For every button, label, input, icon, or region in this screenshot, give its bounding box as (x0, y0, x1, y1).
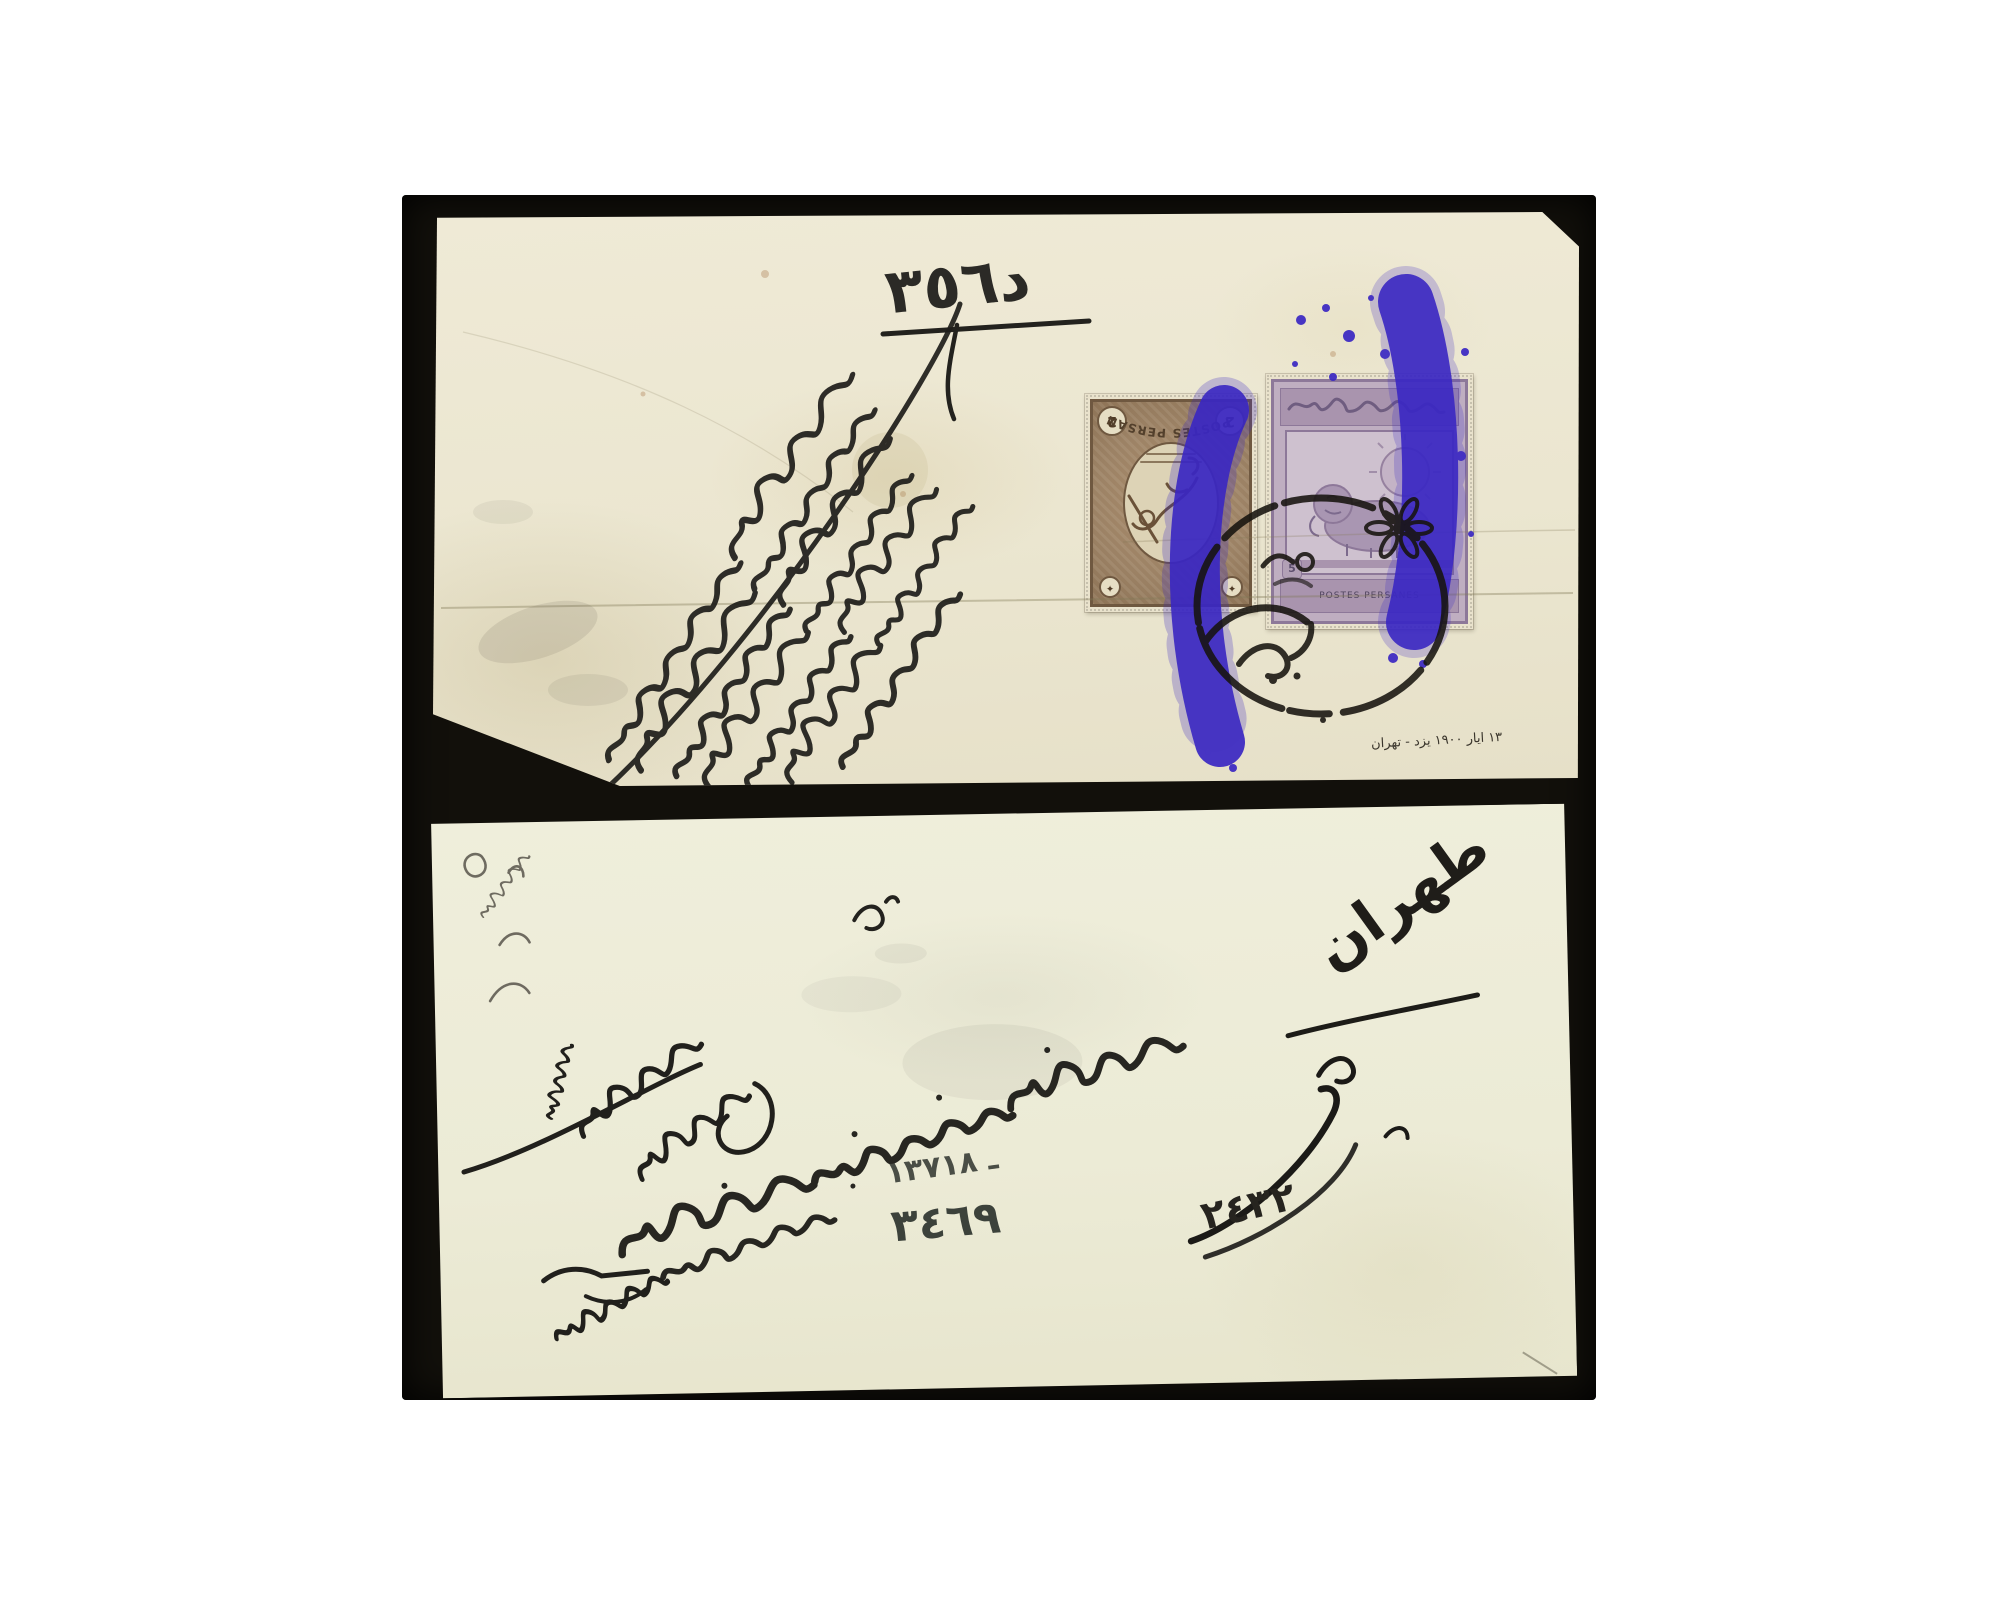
pencil-scribble-top-left (463, 846, 551, 1002)
envelope-front: طهران ١٣٧١٨ ـ ٣٤٦٩ ٢٤٣٢ (429, 804, 1577, 1399)
small-top-mark (854, 897, 898, 929)
registration-underline (883, 321, 1089, 419)
embossed-seal-impression (852, 432, 928, 508)
stamp-brown-design: 2 2 ✦ ✦ POSTES PERSANES (1090, 399, 1252, 607)
handwritten-persian-docket (592, 304, 1029, 786)
docket-number-1: ١٣٧١٨ ـ (884, 1141, 1000, 1191)
show-through-smudges (471, 500, 628, 706)
lion-and-sun-icon (1287, 432, 1454, 575)
philatelic-photo-page: { "photo": { "page_background": "#ffffff… (0, 0, 2000, 1600)
destination-city: طهران (1301, 812, 1502, 983)
stamp-value-numeral: 5 (1282, 559, 1302, 579)
envelope-back: 2 2 ✦ ✦ POSTES PERSANES (433, 212, 1579, 786)
stamp-inscription-tablet: POSTES PERSANES (1280, 579, 1459, 613)
corner-crease (1523, 1352, 1557, 1375)
stamp-corner-ornament: ✦ (1221, 576, 1243, 598)
stamp-lion-panel (1285, 430, 1454, 575)
tehran-underline (1287, 995, 1478, 1036)
persian-inscription-squiggle (1281, 389, 1456, 419)
archival-caption: ١٣ ايار ١٩٠٠ يزد - تهران (1371, 727, 1552, 751)
lion-and-sword-icon (1125, 444, 1217, 562)
stamp-lilac-5ch: POSTES PERSANES 5 (1266, 374, 1473, 629)
stamp-lilac-design: POSTES PERSANES 5 (1271, 379, 1468, 624)
stamp-corner-ornament: ✦ (1099, 576, 1121, 598)
handwritten-sender-notes (462, 1026, 776, 1347)
stamp-persian-tablet (1280, 388, 1459, 426)
paper-smudges (801, 941, 1083, 1103)
stamp-lion-oval (1123, 442, 1219, 564)
docket-number-right: ٢٤٣٢ (1197, 1174, 1300, 1239)
stamp-brown-2ch: 2 2 ✦ ✦ POSTES PERSANES (1085, 394, 1257, 612)
docket-number-2: ٣٤٦٩ (889, 1190, 1003, 1252)
registration-number: ٣٥٦د (882, 241, 1034, 329)
